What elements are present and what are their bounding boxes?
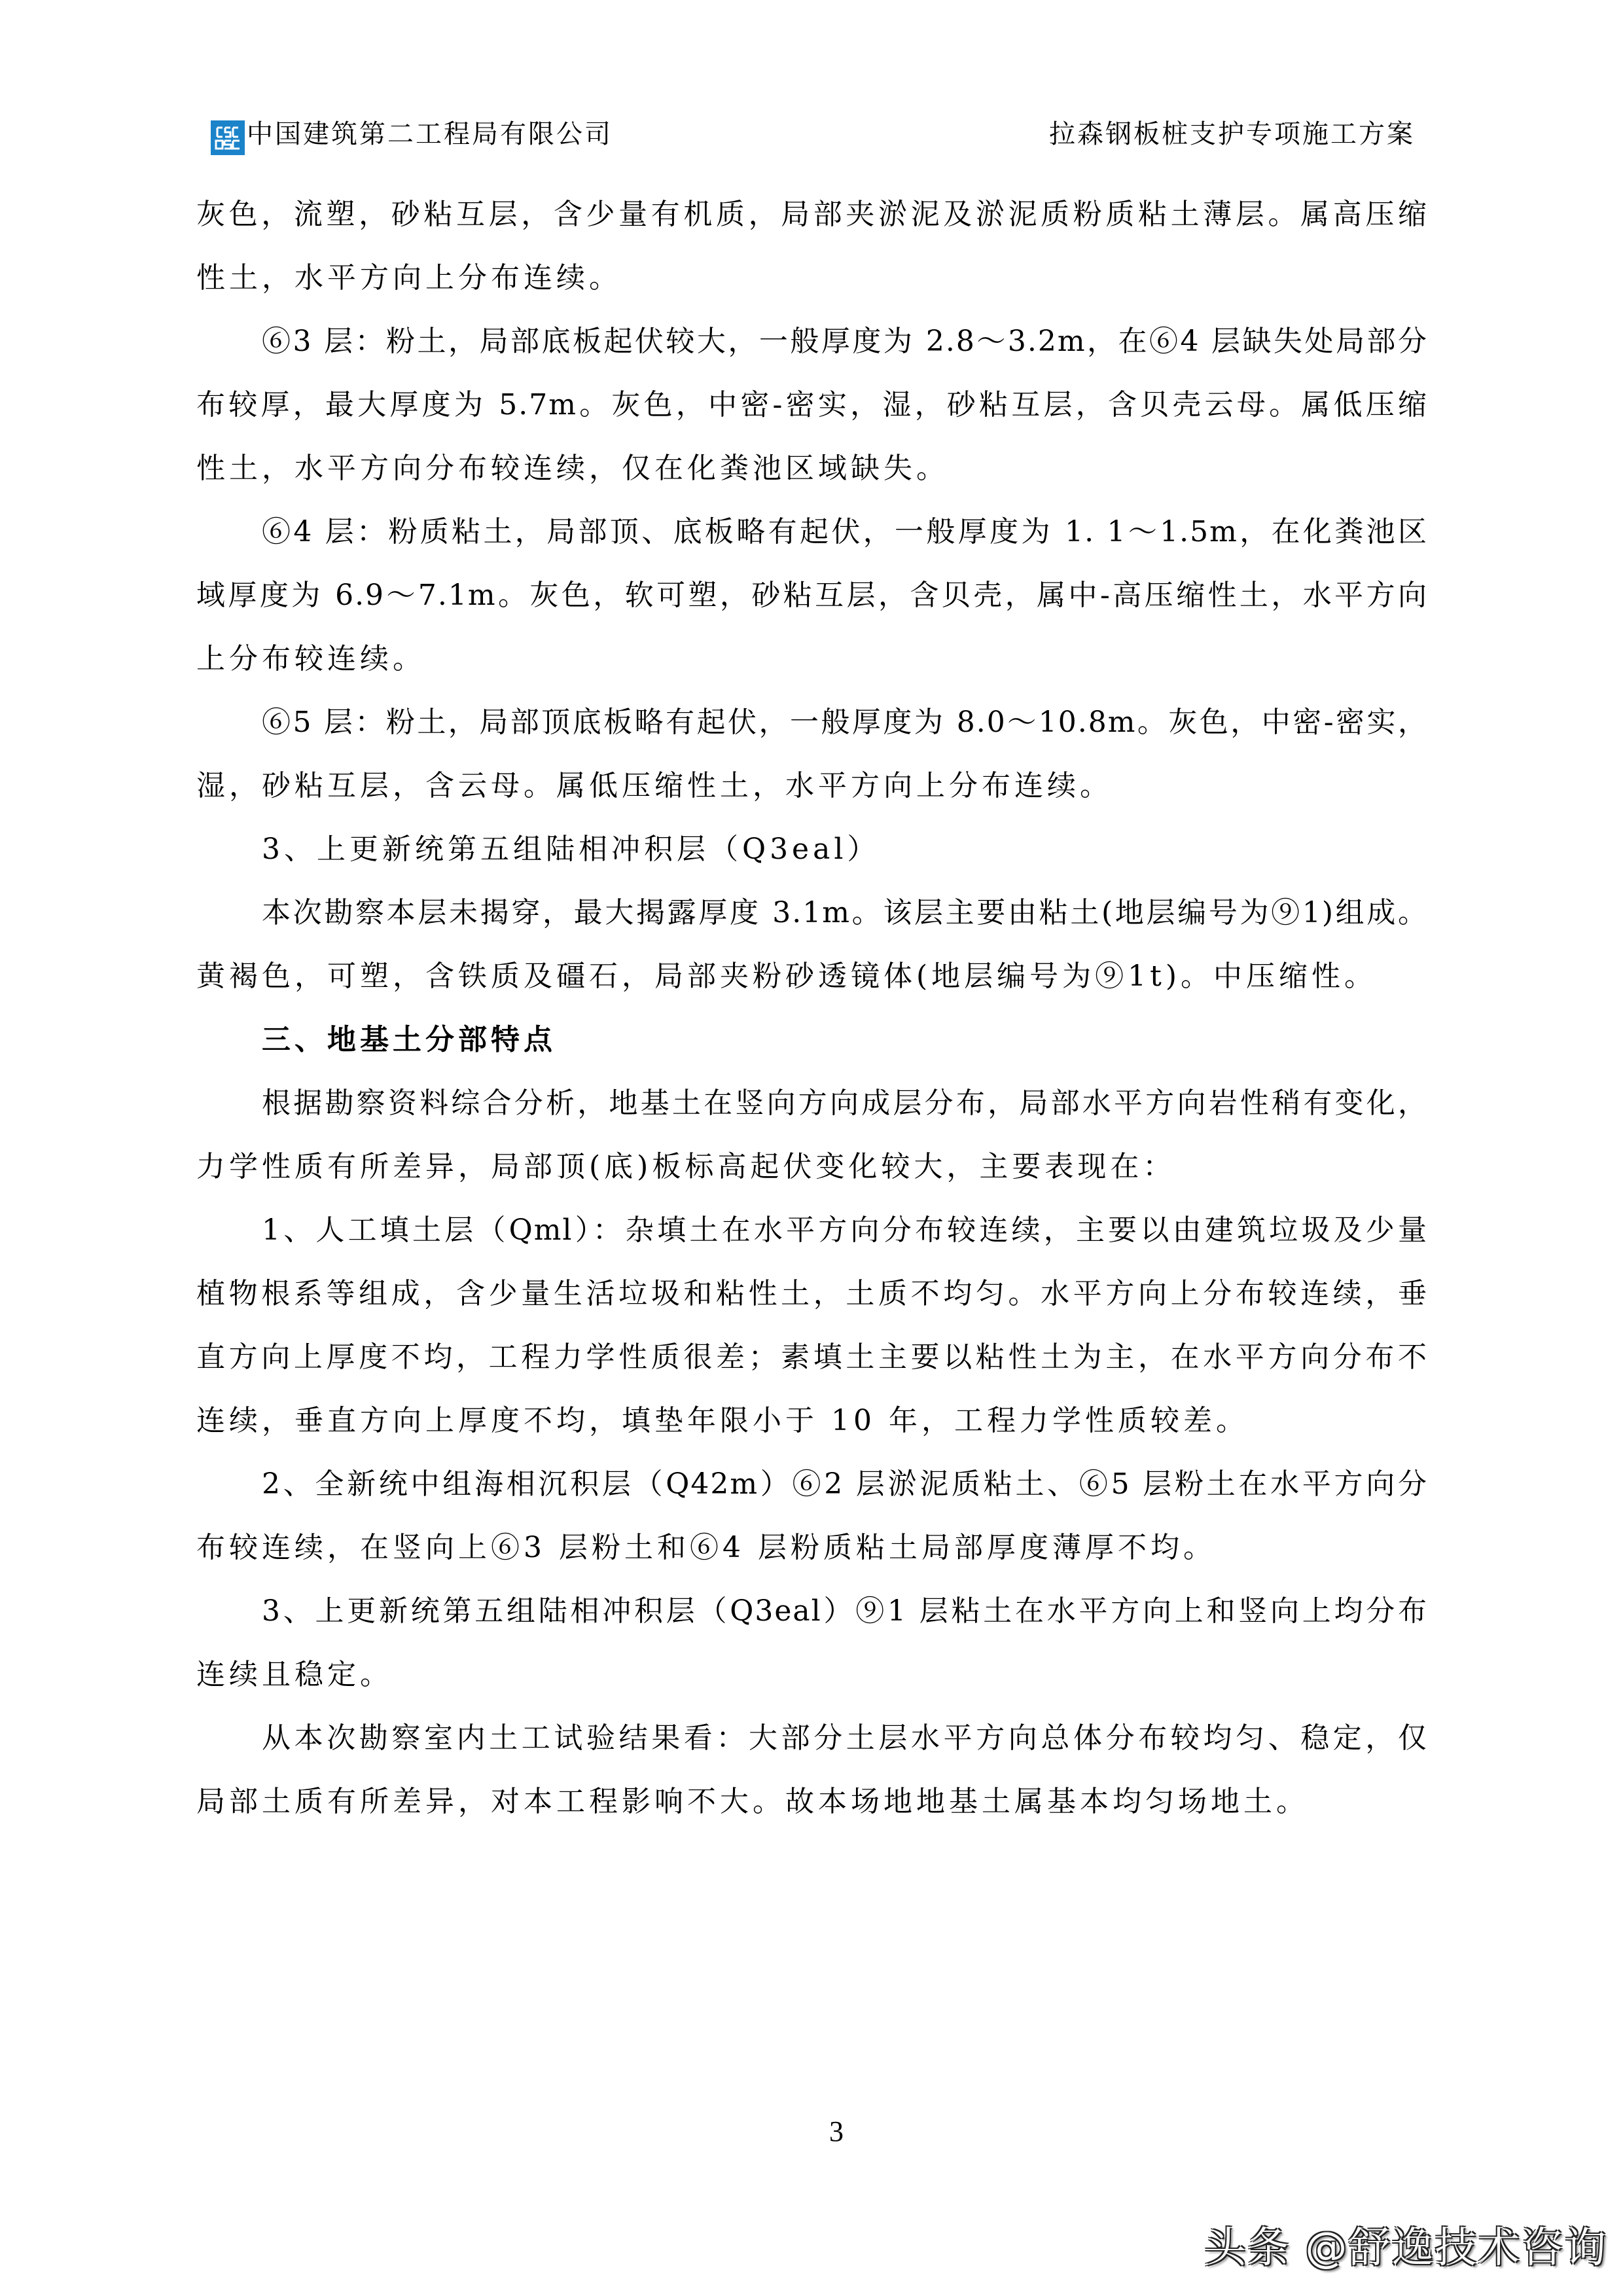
- body-line: 连续，垂直方向上厚度不均，填垫年限小于 10 年，工程力学性质较差。: [196, 1389, 1428, 1452]
- body-line: 植物根系等组成，含少量生活垃圾和粘性土，土质不均匀。水平方向上分布较连续，垂: [196, 1262, 1428, 1325]
- watermark: 头条 @舒逸技术咨询: [1204, 2219, 1607, 2278]
- document-body: 灰色，流塑，砂粘互层，含少量有机质，局部夹淤泥及淤泥质粉质粘土薄层。属高压缩 性…: [196, 183, 1428, 1833]
- body-line: 湿，砂粘互层，含云母。属低压缩性土，水平方向上分布连续。: [196, 754, 1428, 817]
- body-line: 布较连续，在竖向上⑥3 层粉土和⑥4 层粉质粘土局部厚度薄厚不均。: [196, 1516, 1428, 1579]
- body-line: 连续且稳定。: [196, 1643, 1428, 1706]
- body-line: 3、上更新统第五组陆相冲积层（Q3eal）: [196, 817, 1428, 881]
- body-line: 根据勘察资料综合分析，地基土在竖向方向成层分布，局部水平方向岩性稍有变化，: [196, 1071, 1428, 1135]
- body-line: 性土，水平方向分布较连续，仅在化粪池区域缺失。: [196, 437, 1428, 500]
- body-line: 灰色，流塑，砂粘互层，含少量有机质，局部夹淤泥及淤泥质粉质粘土薄层。属高压缩: [196, 183, 1428, 246]
- body-line: 域厚度为 6.9～7.1m。灰色，软可塑，砂粘互层，含贝壳，属中-高压缩性土，水…: [196, 564, 1428, 627]
- body-line: 黄褐色，可塑，含铁质及礓石，局部夹粉砂透镜体(地层编号为⑨1t)。中压缩性。: [196, 944, 1428, 1008]
- body-line: 直方向上厚度不均，工程力学性质很差；素填土主要以粘性土为主，在水平方向分布不: [196, 1325, 1428, 1389]
- body-line: 性土，水平方向上分布连续。: [196, 246, 1428, 310]
- body-line: 本次勘察本层未揭穿，最大揭露厚度 3.1m。该层主要由粘土(地层编号为⑨1)组成…: [196, 881, 1428, 944]
- section-heading: 三、地基土分部特点: [196, 1008, 1428, 1071]
- body-line: 1、人工填土层（Qml）：杂填土在水平方向分布较连续，主要以由建筑垃圾及少量: [196, 1198, 1428, 1262]
- company-logo-icon: [211, 120, 245, 155]
- body-line: 2、全新统中组海相沉积层（Q42m）⑥2 层淤泥质粘土、⑥5 层粉土在水平方向分: [196, 1452, 1428, 1516]
- body-line: ⑥5 层：粉土，局部顶底板略有起伏，一般厚度为 8.0～10.8m。灰色，中密-…: [196, 691, 1428, 754]
- body-line: 布较厚，最大厚度为 5.7m。灰色，中密-密实，湿，砂粘互层，含贝壳云母。属低压…: [196, 373, 1428, 437]
- body-line: 力学性质有所差异，局部顶(底)板标高起伏变化较大，主要表现在：: [196, 1135, 1428, 1198]
- body-line: 3、上更新统第五组陆相冲积层（Q3eal）⑨1 层粘土在水平方向上和竖向上均分布: [196, 1579, 1428, 1643]
- cscec-logo-glyph-icon: [213, 124, 242, 152]
- company-name: 中国建筑第二工程局有限公司: [247, 118, 613, 151]
- body-line: 局部土质有所差异，对本工程影响不大。故本场地地基土属基本均匀场地土。: [196, 1770, 1428, 1833]
- document-title: 拉森钢板桩支护专项施工方案: [1049, 118, 1415, 151]
- body-line: 从本次勘察室内土工试验结果看：大部分土层水平方向总体分布较均匀、稳定，仅: [196, 1706, 1428, 1770]
- body-line: ⑥4 层：粉质粘土，局部顶、底板略有起伏，一般厚度为 1. 1～1.5m，在化粪…: [196, 500, 1428, 564]
- body-line: 上分布较连续。: [196, 627, 1428, 691]
- page-number: 3: [811, 2115, 861, 2148]
- body-line: ⑥3 层：粉土，局部底板起伏较大，一般厚度为 2.8～3.2m，在⑥4 层缺失处…: [196, 310, 1428, 373]
- page-header: 中国建筑第二工程局有限公司 拉森钢板桩支护专项施工方案: [0, 0, 1623, 170]
